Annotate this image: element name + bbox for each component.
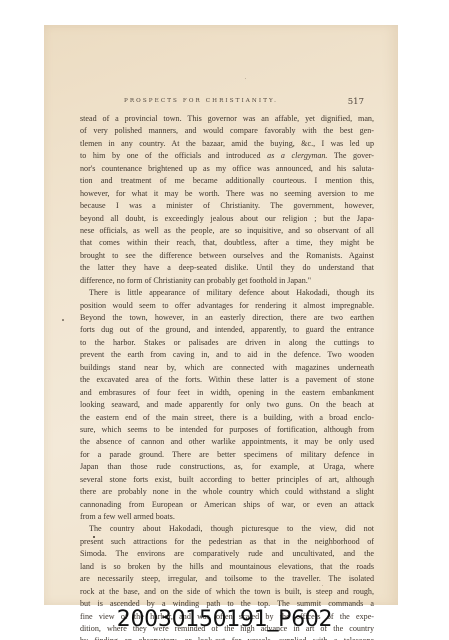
text-line: brought to see the difference between ou…: [80, 250, 374, 262]
text-line: Japan than those rude constructions, as,…: [80, 461, 374, 473]
text-line: There is little appearance of military d…: [80, 287, 374, 299]
text-line: for a parade ground. There are better sp…: [80, 449, 374, 461]
text-line: present such attractions for the pedestr…: [80, 536, 374, 548]
text-line: land is so broken by the hills and mount…: [80, 561, 374, 573]
page-number: 517: [348, 97, 364, 107]
text-line: the latter they have a deep-seated disli…: [80, 262, 374, 274]
text-line: tion and treatment of me became addition…: [80, 175, 374, 187]
text-line: and embrasures of four feet in width, op…: [80, 387, 374, 399]
text-line: position would seem to offer advantages …: [80, 300, 374, 312]
text-line: because I was a minister of Christianity…: [80, 200, 374, 212]
text-line: the absence of cannon and other warlike …: [80, 436, 374, 448]
text-line: several stone forts exist, built accordi…: [80, 474, 374, 486]
text-line: looking seaward, and made apparently for…: [80, 399, 374, 411]
italic-phrase: as a clergyman.: [267, 151, 327, 160]
text-line: stead of a provincial town. This governo…: [80, 113, 374, 125]
document-viewer: Prospects for Christianity. 517 stead of…: [0, 0, 449, 640]
text-line: Beyond the town, however, in an easterly…: [80, 312, 374, 324]
running-head-title: Prospects for Christianity.: [124, 98, 278, 104]
image-id-caption: 20030150191_P602: [0, 607, 449, 632]
text-line: that comes within their reach, that, dou…: [80, 237, 374, 249]
running-head: Prospects for Christianity. 517: [80, 97, 374, 109]
text-line: sure, which seems to be intended for pur…: [80, 424, 374, 436]
text-line: buildings stand near by, which are conne…: [80, 362, 374, 374]
text-line: nese officials, as well as the people, a…: [80, 225, 374, 237]
text-line: the excavated area of the forts. Within …: [80, 374, 374, 386]
page-body-text: stead of a provincial town. This governo…: [80, 113, 374, 640]
text-line: of very polished manners, and would comp…: [80, 125, 374, 137]
text-line: from a few well armed boats.: [80, 511, 374, 523]
text-line: beyond all doubt, is exceedingly jealous…: [80, 213, 374, 225]
text-line: forts dug out of the ground, and intende…: [80, 324, 374, 336]
text-line: however, for what it may be worth. There…: [80, 188, 374, 200]
text-line: are necessarily steep, irregular, and to…: [80, 573, 374, 585]
text-line: to him by one of the officials and intro…: [80, 150, 374, 162]
text-line: there are probably none in the whole cou…: [80, 486, 374, 498]
margin-speck: [62, 319, 64, 321]
text-line: tlemen in any country. At the bazaar, am…: [80, 138, 374, 150]
text-line: nor's countenance brightened up as my of…: [80, 163, 374, 175]
text-line: Simoda. The environs are comparatively r…: [80, 548, 374, 560]
text-line: The country about Hakodadi, though pictu…: [80, 523, 374, 535]
text-line: rock at the base, and on the side of whi…: [80, 586, 374, 598]
text-line: cannonading from European or American sh…: [80, 499, 374, 511]
text-line: prevent the earth from caving in, and to…: [80, 349, 374, 361]
text-line: difference, no form of Christianity can …: [80, 275, 374, 287]
text-line: to the harbor. Stakes or palisades are d…: [80, 337, 374, 349]
text-line: the eastern end of the main street, ther…: [80, 412, 374, 424]
text-line: by finding an observatory, or look-out f…: [80, 635, 374, 640]
